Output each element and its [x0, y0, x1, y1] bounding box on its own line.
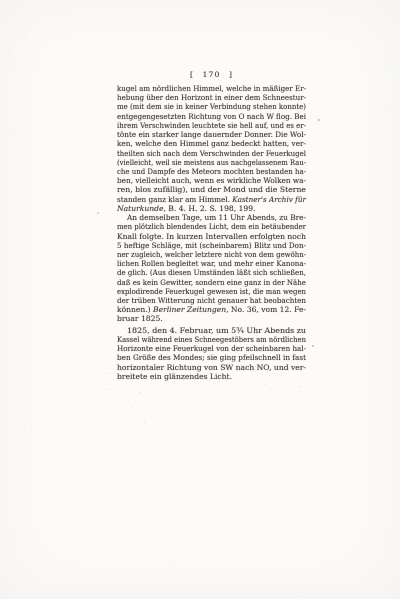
text-line: standen ganz klar am Himmel. Kastner's A…: [117, 195, 306, 204]
scan-speck: [87, 122, 88, 123]
scan-speck: [174, 80, 175, 81]
text-line-content: me (mit dem sie in keiner Verbindung ste…: [117, 102, 306, 111]
text-line-content: de glich. (Aus diesen Umständen läßt sic…: [117, 268, 306, 277]
text-line-content: men plötzlich blendendes Licht, dem ein …: [117, 222, 306, 231]
text-segment: horizontaler Richtung von SW nach NO, un…: [117, 363, 306, 372]
text-line: ihrem Verschwinden leuchtete sie hell au…: [117, 121, 306, 130]
scan-speck: [155, 326, 156, 327]
scan-speck: [105, 110, 106, 111]
scan-speck: [67, 302, 68, 303]
text-line: men plötzlich blendendes Licht, dem ein …: [117, 222, 306, 231]
scan-speck: [79, 232, 80, 233]
text-segment: tönte ein starker lange dauernder Donner…: [117, 130, 306, 139]
scan-speck: [129, 414, 130, 415]
scan-speck: [24, 37, 25, 38]
scan-speck: [110, 389, 111, 390]
text-line-content: ken, welche den Himmel ganz bedeckt hatt…: [117, 139, 306, 148]
scan-speck: [264, 413, 265, 414]
scan-speck: [81, 186, 82, 187]
scan-speck: [93, 382, 94, 383]
text-line: me (mit dem sie in keiner Verbindung ste…: [117, 102, 306, 111]
scan-speck: [78, 398, 79, 399]
scan-speck: [303, 592, 304, 593]
text-line-content: tönte ein starker lange dauernder Donner…: [117, 130, 306, 139]
scan-speck: [59, 301, 60, 302]
text-segment: men plötzlich blendendes Licht, dem ein …: [117, 222, 306, 231]
scan-speck: [318, 119, 320, 121]
text-segment: (vielleicht, weil sie meistens aus nachg…: [117, 158, 306, 167]
scan-speck: [336, 91, 337, 92]
scan-speck: [15, 31, 16, 32]
text-line: bruar 1825.: [117, 314, 306, 323]
text-line-content: 5 heftige Schläge, mit (scheinbarem) Bli…: [117, 241, 306, 250]
citation-italic: Kastner's Archiv für: [232, 195, 306, 204]
scan-speck: [90, 261, 91, 262]
text-line: können.) Berliner Zeitungen, No. 36, vom…: [117, 305, 306, 314]
scan-speck: [93, 427, 94, 428]
scan-speck: [173, 383, 174, 384]
text-line-content: theilten sich nach dem Verschwinden der …: [117, 149, 306, 158]
text-segment: Horizonte eine Feuerkugel von der schein…: [117, 344, 306, 353]
scan-speck: [83, 137, 84, 138]
scan-speck: [206, 435, 207, 436]
scan-speck: [301, 117, 302, 118]
text-block: kugel am nördlichen Himmel, welche in mä…: [117, 84, 306, 381]
scan-speck: [356, 269, 357, 270]
text-segment: der trüben Witterung nicht genauer hat b…: [117, 296, 306, 305]
scan-speck: [268, 416, 269, 417]
text-line-content: breitete ein glänzendes Licht.: [117, 372, 232, 381]
citation-italic: Berliner Zeitungen: [153, 305, 226, 314]
text-line: Naturkunde, B. 4. H. 2. S. 198, 199.: [117, 204, 306, 213]
text-segment: explodirende Feuerkugel gewesen ist, die…: [117, 287, 306, 296]
text-segment: 1825, den 4. Februar, um 5¾ Uhr Abends z…: [127, 326, 306, 335]
scan-speck: [96, 129, 97, 130]
text-line-content: Kassel während eines Schneegestöbers am …: [117, 335, 306, 344]
text-segment: breitete ein glänzendes Licht.: [117, 372, 232, 381]
text-segment: hebung über den Horizont in einer dem Sc…: [117, 93, 306, 102]
scan-speck: [349, 542, 350, 543]
scan-speck: [350, 407, 351, 408]
scan-speck: [130, 473, 131, 474]
text-segment: ben Größe des Mondes; sie ging pfeilschn…: [117, 353, 306, 362]
citation-italic: Naturkunde: [117, 204, 163, 213]
scan-speck: [92, 344, 93, 345]
scan-speck: [251, 500, 252, 501]
scan-speck: [103, 120, 104, 121]
scan-speck: [98, 398, 99, 399]
text-line-content: lichen Rollen begleitet war, und mehr ei…: [117, 259, 306, 268]
text-line-content: 1825, den 4. Februar, um 5¾ Uhr Abends z…: [127, 326, 306, 335]
text-line: Knall folgte. In kurzen Intervallen erfo…: [117, 232, 306, 241]
text-line-content: che und Dampfe des Meteors mochten besta…: [117, 167, 306, 176]
scan-speck: [204, 403, 205, 404]
paragraph: An demselben Tage, um 11 Uhr Abends, zu …: [117, 213, 306, 324]
scan-speck: [82, 375, 83, 376]
text-line-content: horizontaler Richtung von SW nach NO, un…: [117, 363, 306, 372]
text-line-content: Naturkunde, B. 4. H. 2. S. 198, 199.: [117, 204, 255, 213]
scan-speck: [92, 313, 93, 314]
scan-speck: [239, 210, 240, 211]
scan-speck: [113, 289, 114, 290]
scan-speck: [59, 563, 60, 564]
scan-speck: [296, 32, 297, 33]
scan-speck: [134, 436, 135, 437]
text-line: 5 heftige Schläge, mit (scheinbarem) Bli…: [117, 241, 306, 250]
page-header: [ 170 ]: [117, 70, 306, 79]
scan-speck: [117, 285, 118, 286]
scan-speck: [111, 422, 112, 423]
scan-speck: [207, 491, 208, 492]
text-line-content: ren, blos zufällig), und der Mond und di…: [117, 185, 306, 194]
text-segment: , No. 36, vom 12. Fe-: [226, 305, 306, 314]
scan-speck: [69, 503, 70, 504]
text-segment: bruar 1825.: [117, 314, 163, 323]
scan-speck: [373, 374, 374, 375]
text-line-content: daß es kein Gewitter, sondern eine ganz …: [117, 278, 306, 287]
scan-speck: [130, 372, 131, 373]
scan-speck: [112, 408, 113, 409]
scan-speck: [186, 422, 187, 423]
scan-speck: [228, 590, 229, 591]
scan-speck: [113, 175, 114, 176]
text-line: horizontaler Richtung von SW nach NO, un…: [117, 363, 306, 372]
text-line-content: der trüben Witterung nicht genauer hat b…: [117, 296, 306, 305]
paragraph: 1825, den 4. Februar, um 5¾ Uhr Abends z…: [117, 326, 306, 381]
scan-speck: [12, 132, 13, 133]
text-segment: ken, welche den Himmel ganz bedeckt hatt…: [117, 139, 306, 148]
scan-speck: [387, 107, 388, 108]
scan-speck: [128, 400, 129, 401]
text-line-content: standen ganz klar am Himmel. Kastner's A…: [117, 195, 306, 204]
scan-speck: [92, 274, 93, 275]
scan-speck: [322, 191, 323, 192]
text-segment: lichen Rollen begleitet war, und mehr ei…: [117, 259, 306, 268]
text-segment: che und Dampfe des Meteors mochten besta…: [117, 167, 306, 176]
text-line-content: ben Größe des Mondes; sie ging pfeilschn…: [117, 353, 306, 362]
scan-speck: [8, 51, 9, 52]
text-segment: theilten sich nach dem Verschwinden der …: [117, 149, 306, 158]
scan-speck: [140, 392, 141, 393]
scan-speck: [173, 413, 174, 414]
scan-speck: [342, 303, 343, 304]
text-line-content: bruar 1825.: [117, 314, 163, 323]
scan-speck: [289, 571, 290, 572]
scan-speck: [285, 392, 286, 393]
scan-speck: [177, 280, 178, 281]
text-segment: , B. 4. H. 2. S. 198, 199.: [163, 204, 255, 213]
text-segment: Knall folgte. In kurzen Intervallen erfo…: [117, 232, 306, 241]
scan-speck: [94, 194, 95, 195]
scan-speck: [212, 420, 213, 421]
text-line: ner zugleich, welcher letztere nicht von…: [117, 250, 306, 259]
text-line: lichen Rollen begleitet war, und mehr ei…: [117, 259, 306, 268]
scan-speck: [306, 408, 307, 409]
scan-speck: [20, 354, 21, 355]
text-line-content: hebung über den Horizont in einer dem Sc…: [117, 93, 306, 102]
text-line: tönte ein starker lange dauernder Donner…: [117, 130, 306, 139]
text-line: breitete ein glänzendes Licht.: [117, 372, 306, 381]
scan-speck: [299, 395, 300, 396]
scan-speck: [122, 406, 123, 407]
scan-speck: [31, 430, 32, 431]
text-line: ren, blos zufällig), und der Mond und di…: [117, 185, 306, 194]
text-segment: können.): [117, 305, 153, 314]
text-line-content: explodirende Feuerkugel gewesen ist, die…: [117, 287, 306, 296]
text-segment: ben, vielleicht auch, wenn es wirkliche …: [117, 176, 306, 185]
text-line: explodirende Feuerkugel gewesen ist, die…: [117, 287, 306, 296]
scan-speck: [50, 187, 51, 188]
text-segment: ihrem Verschwinden leuchtete sie hell au…: [117, 121, 306, 130]
scan-speck: [4, 440, 5, 441]
scan-speck: [109, 83, 110, 84]
scan-speck: [285, 474, 286, 475]
scan-speck: [233, 401, 234, 402]
scan-speck: [52, 516, 53, 517]
text-segment: 5 heftige Schläge, mit (scheinbarem) Bli…: [117, 241, 306, 250]
text-line-content: ner zugleich, welcher letztere nicht von…: [117, 250, 306, 259]
text-line-content: können.) Berliner Zeitungen, No. 36, vom…: [117, 305, 306, 314]
scan-speck: [114, 188, 115, 189]
scan-speck: [106, 37, 107, 38]
text-line-content: Horizonte eine Feuerkugel von der schein…: [117, 344, 306, 353]
scan-speck: [264, 398, 265, 399]
text-line: daß es kein Gewitter, sondern eine ganz …: [117, 278, 306, 287]
scan-speck: [312, 317, 313, 318]
text-line: ben Größe des Mondes; sie ging pfeilschn…: [117, 353, 306, 362]
scan-speck: [82, 106, 83, 107]
text-line: entgegengesetzten Richtung von O nach W …: [117, 112, 306, 121]
text-line-content: ben, vielleicht auch, wenn es wirkliche …: [117, 176, 306, 185]
scan-speck: [347, 257, 348, 258]
scan-speck: [121, 384, 122, 385]
scan-speck: [151, 425, 152, 426]
text-segment: Kassel während eines Schneegestöbers am …: [117, 335, 306, 344]
scan-speck: [313, 540, 314, 541]
scan-speck: [148, 137, 149, 138]
text-line: der trüben Witterung nicht genauer hat b…: [117, 296, 306, 305]
text-line: che und Dampfe des Meteors mochten besta…: [117, 167, 306, 176]
scan-speck: [396, 336, 397, 337]
scan-speck: [345, 314, 346, 315]
scan-speck: [154, 402, 155, 403]
text-segment: de glich. (Aus diesen Umständen läßt sic…: [117, 268, 306, 277]
scan-speck: [111, 325, 112, 326]
scan-speck: [226, 380, 227, 381]
scan-speck: [312, 345, 314, 347]
scan-speck: [83, 181, 84, 182]
scan-speck: [230, 124, 231, 125]
text-line: Kassel während eines Schneegestöbers am …: [117, 335, 306, 344]
scan-speck: [196, 513, 197, 514]
text-line: theilten sich nach dem Verschwinden der …: [117, 149, 306, 158]
scan-speck: [258, 424, 259, 425]
text-segment: An demselben Tage, um 11 Uhr Abends, zu …: [127, 213, 306, 222]
scan-speck: [65, 391, 66, 392]
text-segment: ren, blos zufällig), und der Mond und di…: [117, 185, 306, 194]
scan-speck: [277, 593, 278, 594]
text-segment: daß es kein Gewitter, sondern eine ganz …: [117, 278, 306, 287]
scan-speck: [246, 482, 247, 483]
scan-speck: [273, 238, 274, 239]
text-segment: me (mit dem sie in keiner Verbindung ste…: [117, 102, 306, 111]
scan-speck: [124, 238, 125, 239]
scan-speck: [144, 423, 145, 424]
scan-speck: [369, 53, 370, 54]
text-line: ken, welche den Himmel ganz bedeckt hatt…: [117, 139, 306, 148]
text-segment: kugel am nördlichen Himmel, welche in mä…: [117, 84, 306, 93]
page-number: [ 170 ]: [190, 70, 233, 79]
scan-speck: [205, 409, 206, 410]
scan-speck: [97, 212, 99, 214]
text-line: hebung über den Horizont in einer dem Sc…: [117, 93, 306, 102]
text-line-content: entgegengesetzten Richtung von O nach W …: [117, 112, 306, 121]
scan-speck: [2, 281, 3, 282]
text-line: An demselben Tage, um 11 Uhr Abends, zu …: [117, 213, 306, 222]
scan-speck: [67, 415, 68, 416]
text-line: Horizonte eine Feuerkugel von der schein…: [117, 344, 306, 353]
text-line: (vielleicht, weil sie meistens aus nachg…: [117, 158, 306, 167]
scan-speck: [19, 421, 20, 422]
scan-speck: [300, 386, 301, 387]
text-line-content: ihrem Verschwinden leuchtete sie hell au…: [117, 121, 306, 130]
scan-speck: [356, 195, 357, 196]
scan-speck: [107, 373, 108, 374]
scan-speck: [120, 203, 121, 204]
scan-speck: [44, 9, 45, 10]
scan-speck: [189, 491, 190, 492]
scan-speck: [123, 334, 124, 335]
scan-speck: [263, 406, 264, 407]
scan-speck: [313, 408, 314, 409]
scan-speck: [146, 400, 147, 401]
scan-speck: [243, 371, 244, 372]
scan-speck: [40, 416, 41, 417]
text-line-content: Knall folgte. In kurzen Intervallen erfo…: [117, 232, 306, 241]
scan-speck: [224, 56, 225, 57]
scan-speck: [109, 373, 110, 374]
scan-speck: [264, 384, 265, 385]
text-line-content: An demselben Tage, um 11 Uhr Abends, zu …: [127, 213, 306, 222]
scan-speck: [119, 376, 120, 377]
scan-speck: [106, 384, 107, 385]
scan-speck: [107, 283, 108, 284]
text-segment: ner zugleich, welcher letztere nicht von…: [117, 250, 306, 259]
scan-speck: [199, 410, 200, 411]
scan-speck: [323, 262, 324, 263]
scanned-book-page: [ 170 ] kugel am nördlichen Himmel, welc…: [0, 0, 400, 599]
scan-speck: [101, 307, 102, 308]
text-line: kugel am nördlichen Himmel, welche in mä…: [117, 84, 306, 93]
scan-speck: [68, 335, 69, 336]
text-line: de glich. (Aus diesen Umständen läßt sic…: [117, 268, 306, 277]
scan-speck: [172, 563, 173, 564]
scan-speck: [209, 380, 210, 381]
scan-speck: [89, 421, 90, 422]
scan-speck: [39, 491, 40, 492]
scan-speck: [193, 429, 194, 430]
text-segment: entgegengesetzten Richtung von O nach W …: [117, 112, 306, 121]
scan-speck: [131, 406, 132, 407]
paragraph: kugel am nördlichen Himmel, welche in mä…: [117, 84, 306, 213]
text-line-content: kugel am nördlichen Himmel, welche in mä…: [117, 84, 306, 93]
text-line: ben, vielleicht auch, wenn es wirkliche …: [117, 176, 306, 185]
text-line-content: (vielleicht, weil sie meistens aus nachg…: [117, 158, 306, 167]
text-segment: standen ganz klar am Himmel.: [117, 195, 232, 204]
